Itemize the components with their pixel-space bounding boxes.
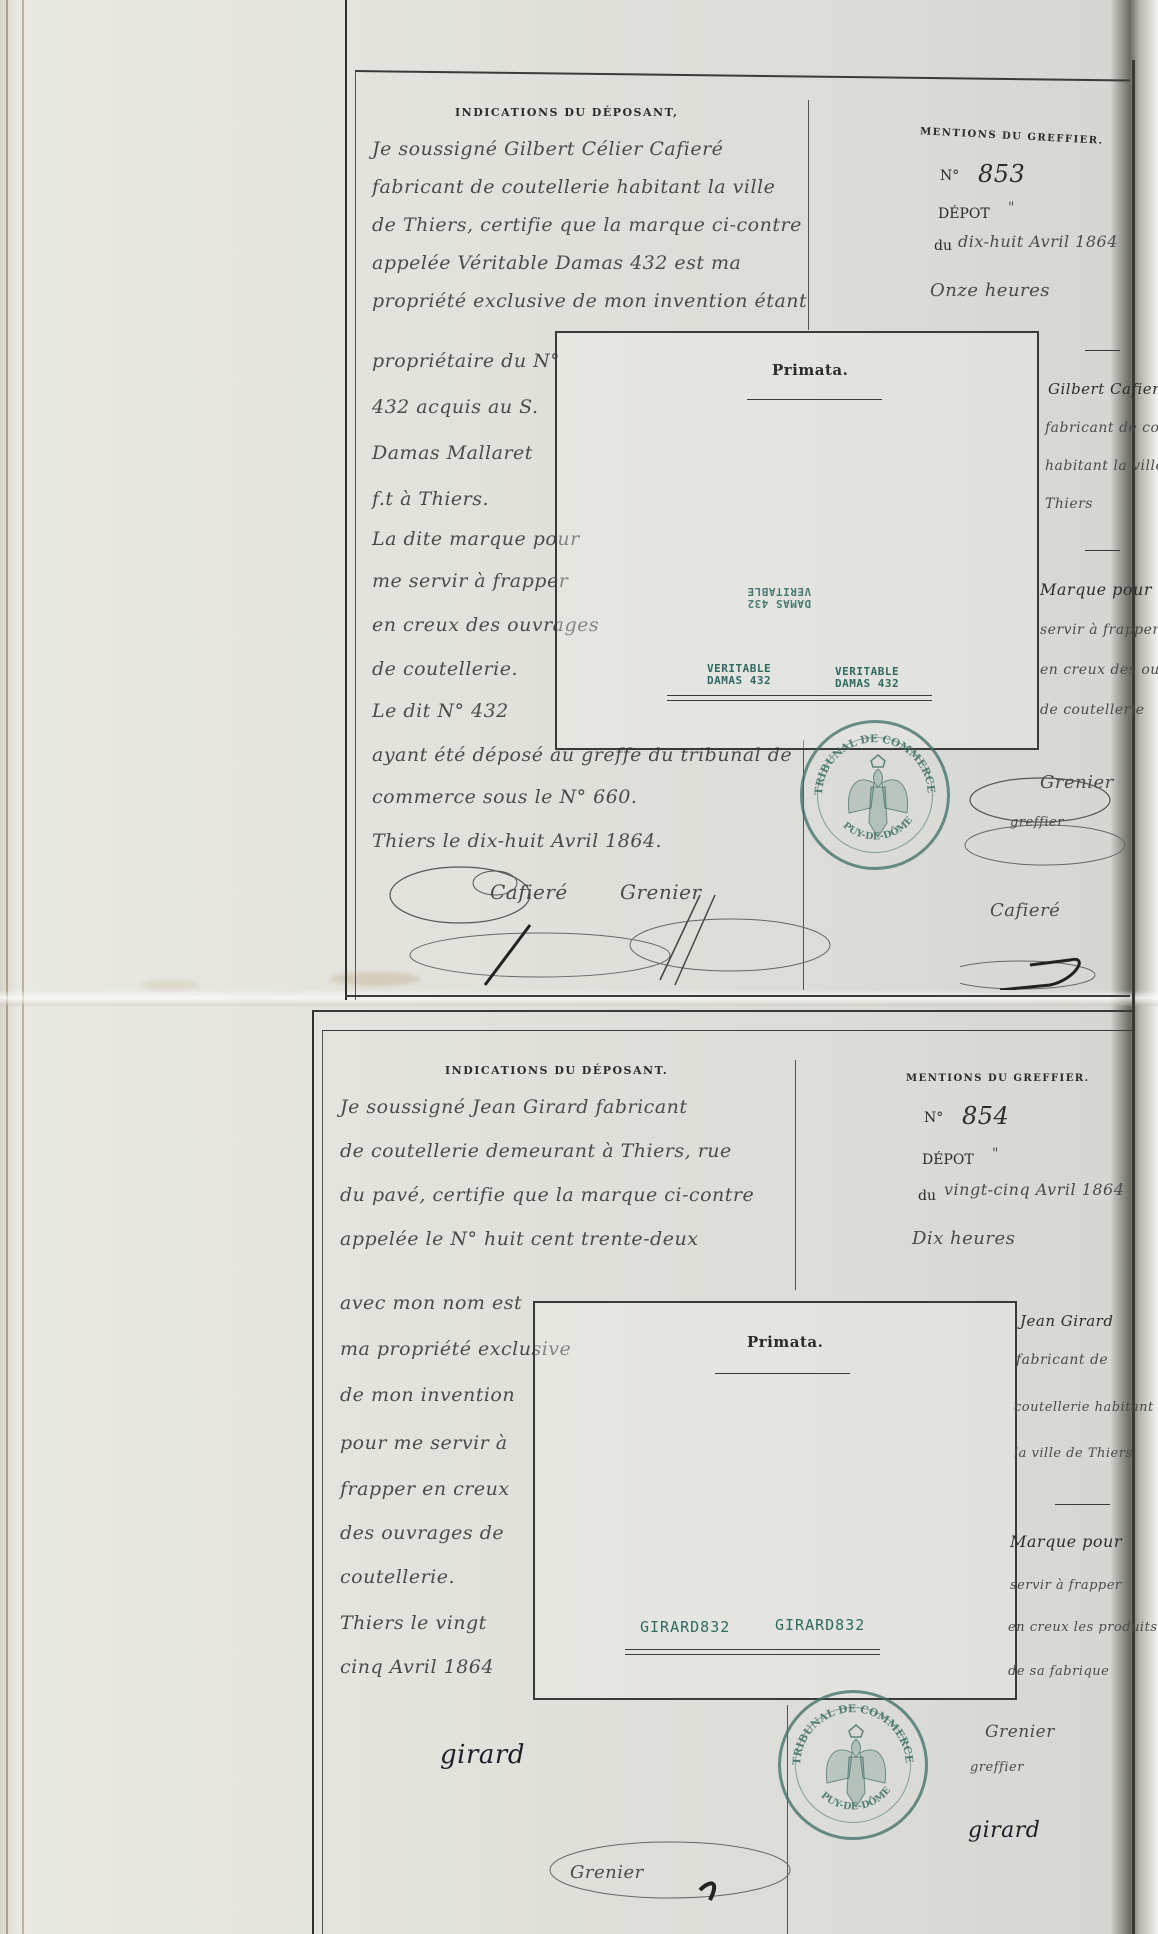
greffier-note: fabricant de (1016, 1352, 1108, 1368)
greffier-note: de coutellerie (1040, 702, 1145, 718)
deposit-date: vingt-cinq Avril 1864 (944, 1180, 1124, 1199)
greffier-note: coutellerie habitant (1014, 1400, 1154, 1415)
depot-ditto: " (992, 1146, 999, 1162)
deposant-line: Je soussigné Gilbert Célier Cafieré (372, 138, 723, 160)
depot-ditto: " (1008, 200, 1015, 216)
deposant-line: de coutellerie demeurant à Thiers, rue (340, 1140, 732, 1162)
deposant-header: INDICATIONS DU DÉPOSANT, (455, 106, 678, 119)
greffier-note: habitant la ville de (1045, 458, 1158, 474)
stamp-line: GIRARD832 (640, 1621, 730, 1633)
deposant-line: Je soussigné Jean Girard fabricant (340, 1096, 688, 1118)
register-page: INDICATIONS DU DÉPOSANT, Je soussigné Gi… (0, 0, 1158, 1934)
greffier-signature-girard: girard (968, 1818, 1040, 1843)
deposant-line: de coutellerie. (372, 658, 518, 680)
greffier-note: en creux les produits (1008, 1620, 1158, 1635)
paper-stain (140, 980, 200, 990)
deposant-line: du pavé, certifie que la marque ci-contr… (340, 1184, 754, 1206)
book-gutter (1132, 60, 1135, 1934)
deposit-number: 854 (962, 1102, 1009, 1130)
greffier-note: Gilbert Cafieré (1048, 380, 1158, 398)
greffier-separator (1055, 1504, 1110, 1505)
deposant-header: INDICATIONS DU DÉPOSANT. (445, 1064, 668, 1077)
column-divider (808, 100, 809, 330)
book-binding-edge (6, 0, 24, 1934)
top-border (355, 70, 1130, 81)
tribunal-seal: TRIBUNAL DE COMMERCE DE THIERS PUY-DE-DÔ… (800, 720, 950, 870)
deposant-line: cinq Avril 1864 (340, 1656, 494, 1678)
greffier-signature-cafiere: Cafieré (990, 900, 1060, 921)
greffier-header: MENTIONS DU GREFFIER. (906, 1073, 1090, 1084)
deposant-line: propriété exclusive de mon invention éta… (372, 290, 807, 312)
stamp-line: GIRARD832 (775, 1619, 865, 1631)
greffier-separator (1085, 550, 1120, 551)
signature-grenier: Grenier (570, 1862, 644, 1883)
mark-stamp-2: VERITABLE DAMAS 432 (835, 666, 899, 690)
primata-underline (747, 399, 882, 400)
deposit-number: 853 (978, 160, 1025, 188)
number-label: N° (940, 168, 959, 184)
primata-box: Primata. DAMAS 432 VERITABLE VERITABLE D… (555, 331, 1039, 750)
top-border-outer (312, 1010, 1132, 1012)
deposant-line: appelée Véritable Damas 432 est ma (372, 252, 741, 274)
greffier-note: fabricant de coutellerie (1045, 420, 1158, 436)
mirrored-stamp-impression: DAMAS 432 VERITABLE (747, 585, 811, 609)
column-divider (795, 1060, 796, 1290)
outer-border-left (312, 1010, 314, 1934)
greffier-note: la ville de Thiers (1014, 1446, 1133, 1461)
deposant-line: des ouvrages de (340, 1522, 504, 1544)
greffier-signature-flourish (960, 760, 1130, 990)
bottom-border (345, 995, 1130, 997)
deposant-line: Le dit N° 432 (372, 700, 509, 722)
greffier-signature-grenier: Grenier (1040, 772, 1114, 793)
primata-underline (715, 1373, 850, 1374)
mark-stamp-1: GIRARD832 (640, 1621, 730, 1633)
primata-box: Primata. GIRARD832 GIRARD832 (533, 1301, 1017, 1700)
deposit-time: Onze heures (930, 280, 1050, 301)
deposant-line: de Thiers, certifie que la marque ci-con… (372, 214, 802, 236)
deposit-date: dix-huit Avril 1864 (958, 232, 1118, 251)
deposant-line: appelée le N° huit cent trente-deux (340, 1228, 698, 1250)
greffier-signature-title: greffier (970, 1760, 1024, 1775)
depot-label: DÉPOT (922, 1152, 974, 1168)
signature-grenier: Grenier (620, 880, 702, 904)
stamp-baseline-2 (667, 700, 932, 701)
mark-stamp-1: VERITABLE DAMAS 432 (707, 663, 771, 687)
deposant-line: commerce sous le N° 660. (372, 786, 637, 808)
signature-cafiere: Cafieré (490, 880, 568, 904)
greffier-note: Marque pour (1010, 1532, 1122, 1551)
greffier-note: servir à frapper (1010, 1578, 1122, 1593)
deposant-line: Thiers le dix-huit Avril 1864. (372, 830, 662, 852)
greffier-note: Jean Girard (1020, 1312, 1113, 1330)
mark-stamp-2: GIRARD832 (775, 1619, 865, 1631)
deposit-time: Dix heures (912, 1228, 1015, 1249)
greffier-note: Marque pour (1040, 580, 1152, 599)
primata-title: Primata. (747, 1333, 823, 1351)
deposant-line: propriétaire du N° (372, 350, 560, 372)
depot-label: DÉPOT (938, 206, 990, 222)
stamp-baseline-1 (667, 695, 932, 696)
imperial-eagle-icon (819, 1723, 893, 1813)
greffier-note: en creux des ouvrages (1040, 662, 1158, 678)
inner-border-left (322, 1030, 323, 1934)
inner-border-left (355, 70, 356, 1000)
deposant-line: Damas Mallaret (372, 442, 533, 464)
deposant-line: f.t à Thiers. (372, 488, 489, 510)
stamp-baseline-2 (625, 1654, 880, 1655)
deposant-line: Thiers le vingt (340, 1612, 487, 1634)
deposant-line: fabricant de coutellerie habitant la vil… (372, 176, 775, 198)
deposant-line: 432 acquis au S. (372, 396, 539, 418)
deposant-signature-flourish (380, 855, 840, 995)
greffier-note: servir à frapper (1040, 622, 1158, 638)
deposant-line: me servir à frapper (372, 570, 568, 592)
deposant-line: avec mon nom est (340, 1292, 522, 1314)
greffier-note: de sa fabrique (1008, 1664, 1109, 1679)
outer-border-left (345, 0, 347, 1000)
date-label: du (934, 238, 952, 254)
number-label: N° (924, 1110, 943, 1126)
greffier-header: MENTIONS DU GREFFIER. (920, 126, 1104, 147)
greffier-signature-title: greffier (1010, 815, 1064, 830)
deposant-line: de mon invention (340, 1384, 515, 1406)
stamp-line: DAMAS 432 (707, 675, 771, 687)
primata-title: Primata. (772, 361, 848, 379)
imperial-eagle-icon (841, 753, 915, 843)
deposant-line: frapper en creux (340, 1478, 510, 1500)
date-label: du (918, 1188, 936, 1204)
deposant-line: pour me servir à (340, 1432, 508, 1454)
greffier-signature-grenier: Grenier (985, 1722, 1055, 1742)
mirrored-stamp-line: VERITABLE (747, 585, 811, 597)
stamp-baseline-1 (625, 1649, 880, 1650)
tribunal-seal: TRIBUNAL DE COMMERCE DE THIERS PUY-DE-DÔ… (778, 1690, 928, 1840)
top-border-inner (322, 1030, 1132, 1031)
stamp-line: DAMAS 432 (835, 678, 899, 690)
signature-girard: girard (440, 1740, 525, 1770)
mirrored-stamp-line: DAMAS 432 (747, 597, 811, 609)
deposant-line: coutellerie. (340, 1566, 455, 1588)
greffier-separator (1085, 350, 1120, 351)
greffier-note: Thiers (1045, 496, 1093, 512)
deposant-line: La dite marque pour (372, 528, 580, 550)
